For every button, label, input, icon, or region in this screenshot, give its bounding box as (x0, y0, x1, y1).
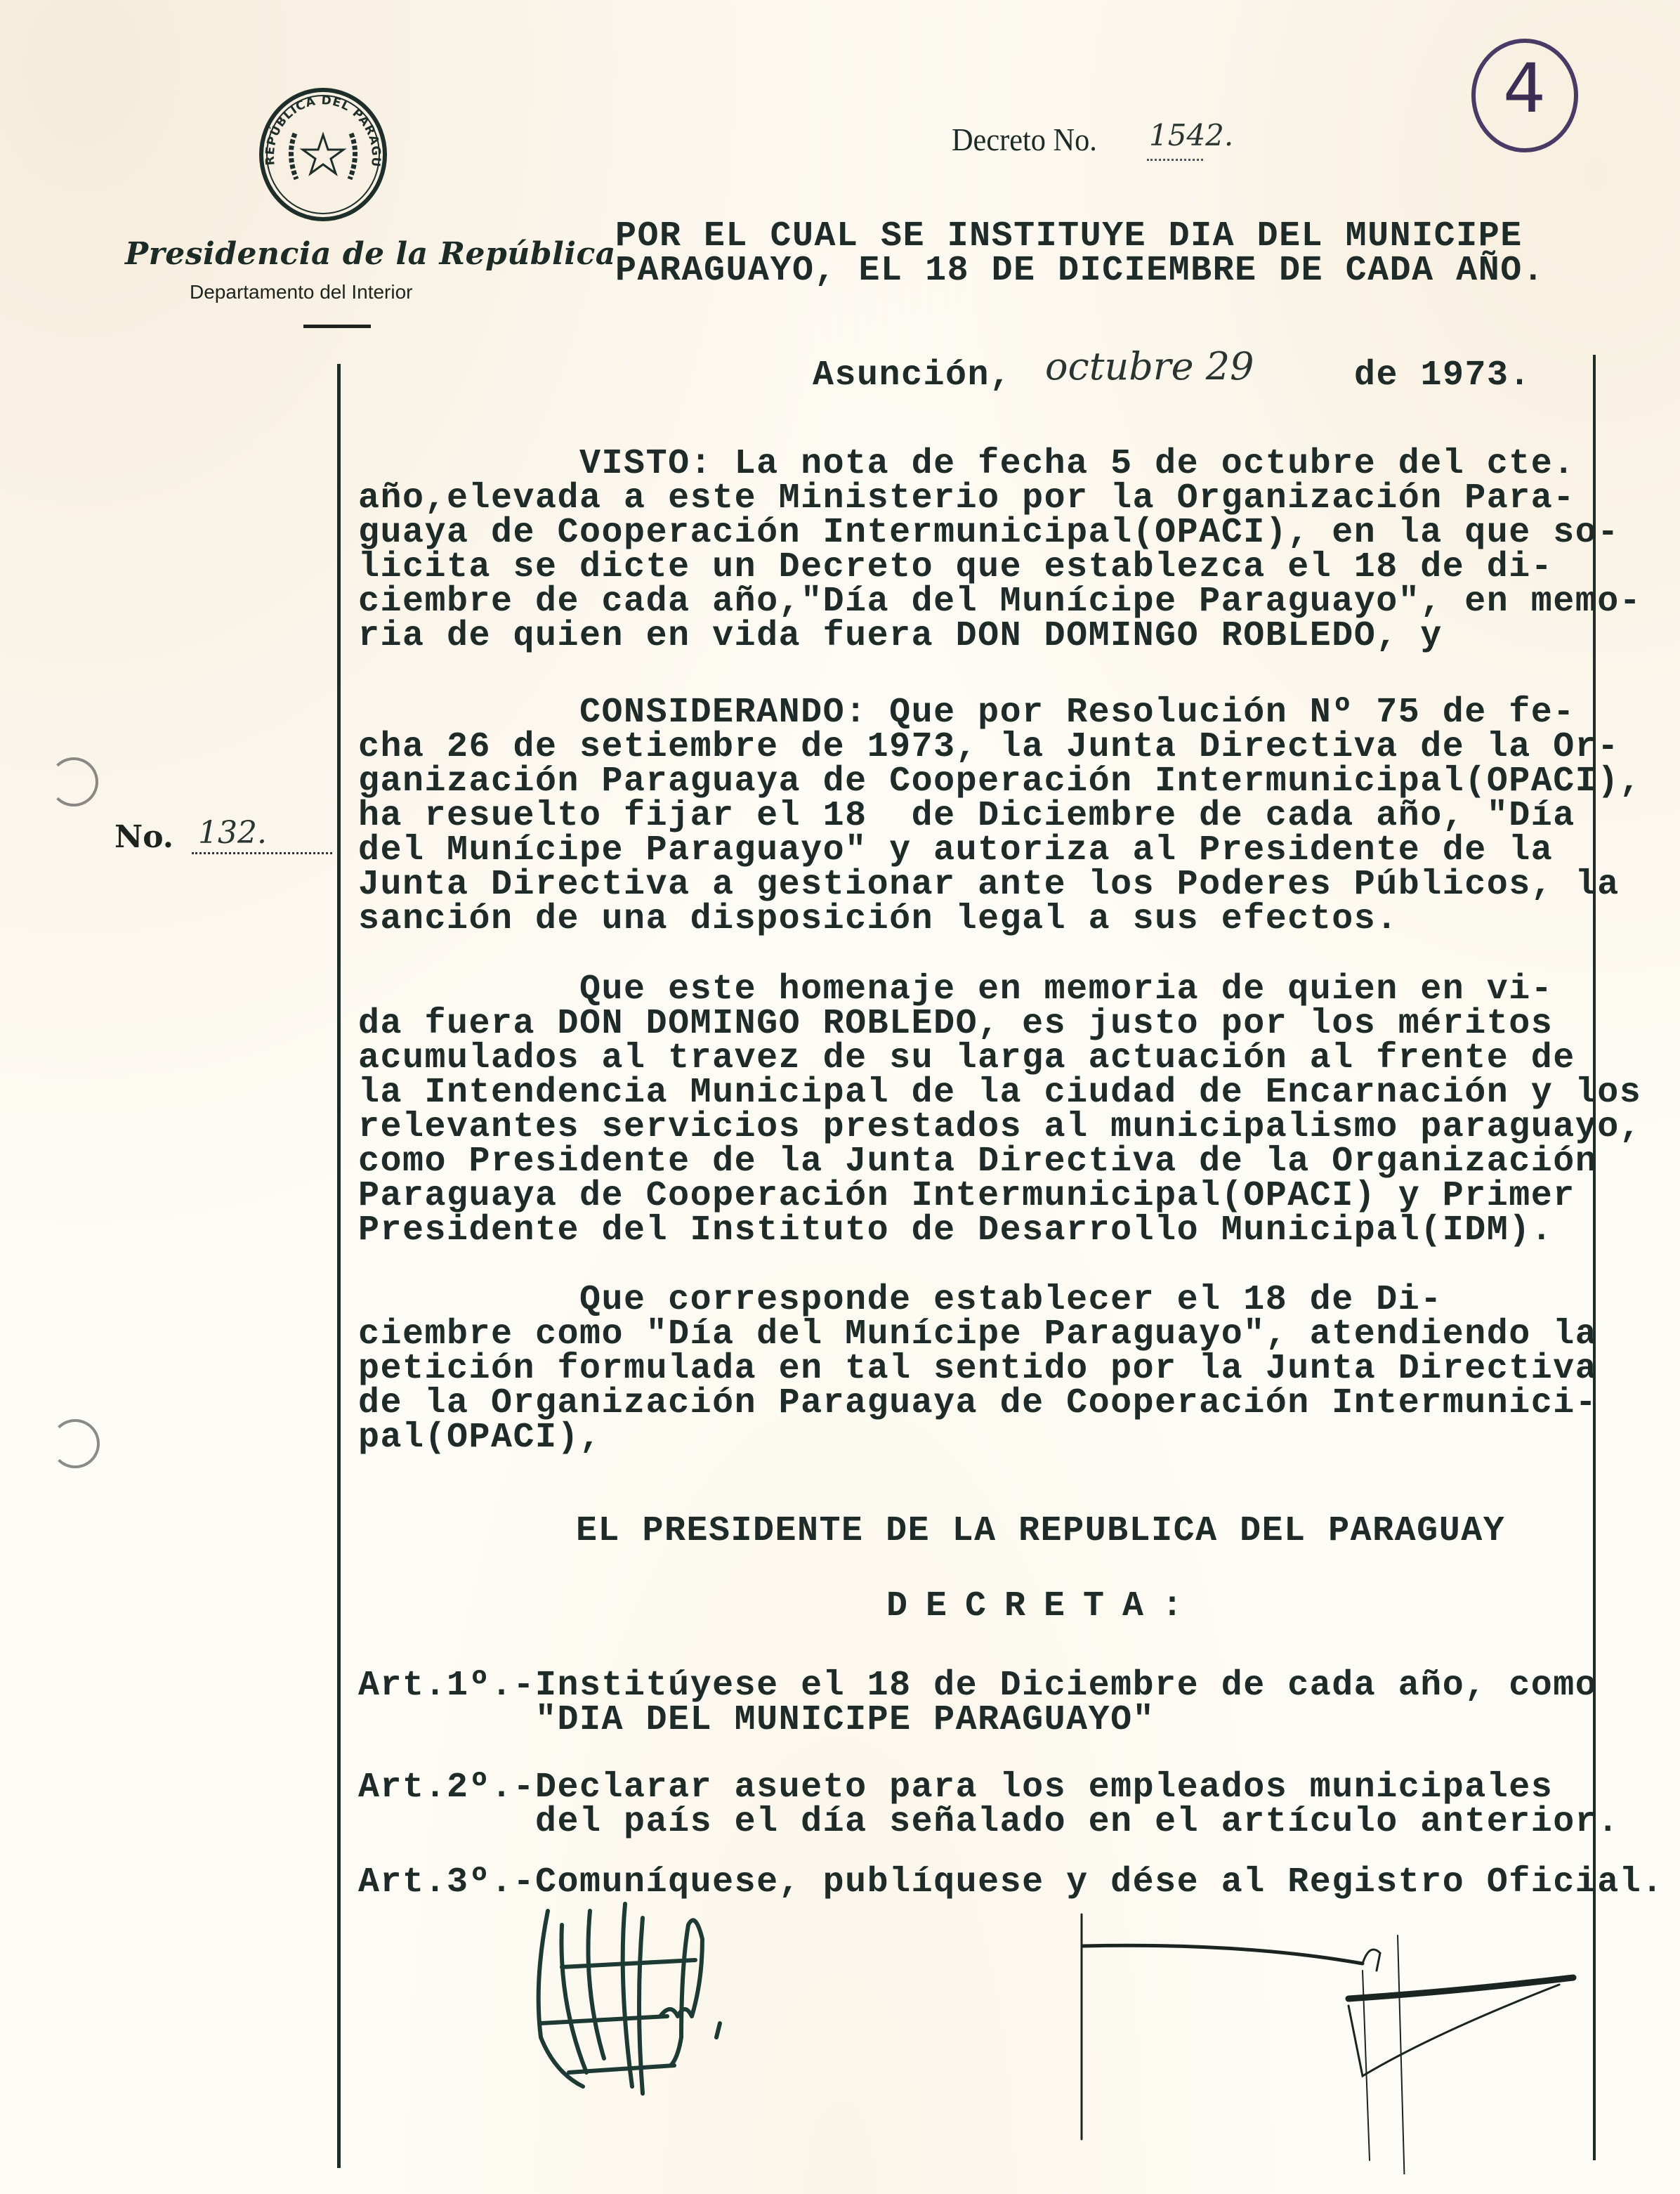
text-line: de la Organización Paraguaya de Cooperac… (358, 1386, 1597, 1421)
margin-number-line (192, 852, 332, 854)
text-line: guaya de Cooperación Intermunicipal(OPAC… (358, 516, 1641, 550)
article-2: Art.2º.-Declarar asueto para los emplead… (358, 1770, 1620, 1839)
date-city: Asunción, (813, 358, 1012, 393)
decreta-heading: DECRETA: (886, 1589, 1201, 1624)
text-line: acumulados al travez de su larga actuaci… (358, 1041, 1641, 1076)
text-line: ria de quien en vida fuera DON DOMINGO R… (358, 619, 1641, 653)
date-year: de 1973. (1354, 358, 1531, 393)
page-marker: 4 (1503, 49, 1546, 128)
text-line: la Intendencia Municipal de la ciudad de… (358, 1076, 1641, 1110)
text-line: ganización Paraguaya de Cooperación Inte… (358, 764, 1641, 799)
left-signature-icon (520, 1897, 752, 2129)
paragraph-considerando: CONSIDERANDO: Que por Resolución Nº 75 d… (358, 696, 1641, 936)
paragraph-homenaje: Que este homenaje en memoria de quien en… (358, 972, 1641, 1248)
text-line: Junta Directiva a gestionar ante los Pod… (358, 868, 1641, 902)
margin-number-value: 132. (198, 815, 267, 851)
text-line: Art.1º.-Institúyese el 18 de Diciembre d… (358, 1669, 1597, 1703)
article-1: Art.1º.-Institúyese el 18 de Diciembre d… (358, 1669, 1597, 1737)
text-line: Que este homenaje en memoria de quien en… (358, 972, 1641, 1007)
text-line: sanción de una disposición legal a sus e… (358, 902, 1641, 936)
text-line: año,elevada a este Ministerio por la Org… (358, 481, 1641, 516)
text-line: ciembre como "Día del Munícipe Paraguayo… (358, 1317, 1597, 1352)
paragraph-visto: VISTO: La nota de fecha 5 de octubre del… (358, 447, 1641, 653)
authority-heading: EL PRESIDENTE DE LA REPUBLICA DEL PARAGU… (576, 1514, 1505, 1548)
subject-line: POR EL CUAL SE INSTITUYE DIA DEL MUNICIP… (615, 219, 1544, 254)
text-line: Art.2º.-Declarar asueto para los emplead… (358, 1770, 1620, 1805)
text-line: como Presidente de la Junta Directiva de… (358, 1144, 1641, 1179)
decree-number: 1542. (1149, 118, 1233, 152)
text-line: "DIA DEL MUNICIPE PARAGUAYO" (358, 1703, 1597, 1737)
margin-number-label: No. (114, 819, 173, 855)
text-line: licita se dicte un Decreto que establezc… (358, 550, 1641, 585)
punch-hole-icon (51, 1419, 100, 1468)
svg-text:REPÚBLICA DEL PARAGUAY: REPÚBLICA DEL PARAGUAY (253, 84, 383, 168)
text-line: del Munícipe Paraguayo" y autoriza al Pr… (358, 833, 1641, 868)
decree-label: Decreto No. (952, 121, 1097, 158)
text-line: pal(OPACI), (358, 1421, 1597, 1455)
text-line: Que corresponde establecer el 18 de Di- (358, 1283, 1597, 1317)
letterhead-divider (303, 325, 371, 328)
text-line: ha resuelto fijar el 18 de Diciembre de … (358, 799, 1641, 833)
national-seal-icon: REPÚBLICA DEL PARAGUAY (253, 84, 393, 225)
decree-number-line (1147, 159, 1203, 161)
text-line: ciembre de cada año,"Día del Munícipe Pa… (358, 585, 1641, 619)
text-line: CONSIDERANDO: Que por Resolución Nº 75 d… (358, 696, 1641, 730)
text-line: del país el día señalado en el artículo … (358, 1805, 1620, 1839)
right-signature-icon (1068, 1893, 1629, 2174)
decree-subject: POR EL CUAL SE INSTITUYE DIA DEL MUNICIP… (615, 219, 1544, 288)
text-line: da fuera DON DOMINGO ROBLEDO, es justo p… (358, 1007, 1641, 1041)
date-handwritten-day: octubre 29 (1045, 344, 1254, 388)
paragraph-corresponde: Que corresponde establecer el 18 de Di- … (358, 1283, 1597, 1455)
text-line: Presidente del Instituto de Desarrollo M… (358, 1213, 1641, 1248)
text-line: relevantes servicios prestados al munici… (358, 1110, 1641, 1144)
department-name: Departamento del Interior (190, 281, 413, 303)
left-margin-rule (337, 364, 341, 2168)
text-line: petición formulada en tal sentido por la… (358, 1352, 1597, 1386)
punch-hole-icon (49, 757, 98, 807)
institution-name: Presidencia de la República (125, 236, 616, 272)
text-line: VISTO: La nota de fecha 5 de octubre del… (358, 447, 1641, 481)
subject-line: PARAGUAYO, EL 18 DE DICIEMBRE DE CADA AÑ… (615, 254, 1544, 288)
text-line: Paraguaya de Cooperación Intermunicipal(… (358, 1179, 1641, 1213)
text-line: cha 26 de setiembre de 1973, la Junta Di… (358, 730, 1641, 764)
